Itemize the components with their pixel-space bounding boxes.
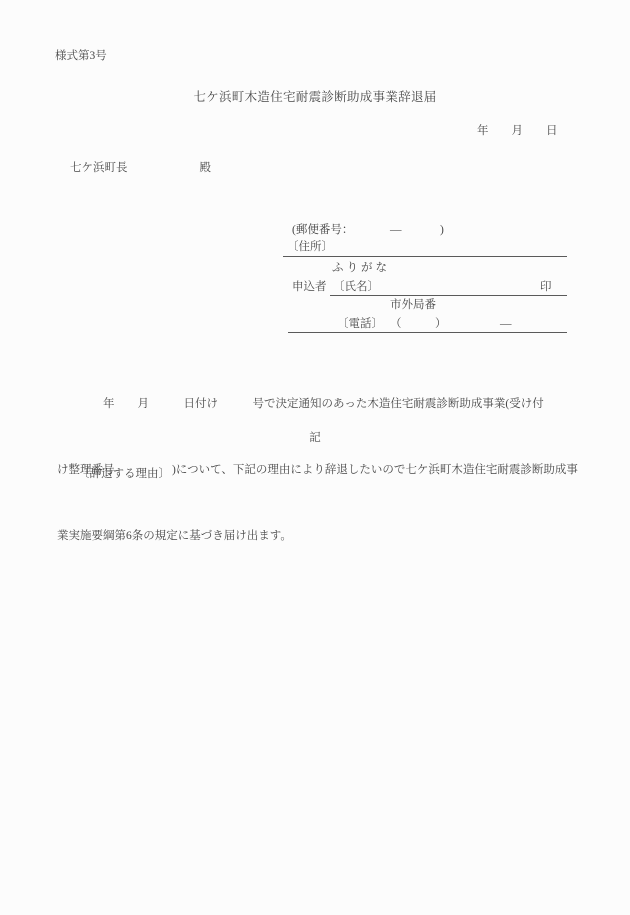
name-label: 〔氏名〕 <box>333 281 379 295</box>
ki-heading: 記 <box>0 432 630 446</box>
addressee-line: 七ケ浜町長 殿 <box>70 162 211 176</box>
phone-underline <box>288 332 567 333</box>
addressee-honorific: 殿 <box>200 162 212 176</box>
document-title: 七ケ浜町木造住宅耐震診断助成事業辞退届 <box>0 90 630 105</box>
phone-dash: — <box>500 318 512 332</box>
area-code-label: 市外局番 <box>390 299 436 313</box>
name-underline <box>330 295 567 296</box>
postal-code-label: (郵便番号： <box>292 224 353 238</box>
date-line: 年 月 日 <box>477 125 558 139</box>
body-line-1: 年 月 日付け 号で決定通知のあった木造住宅耐震診断助成事業(受け付 <box>57 393 578 415</box>
phone-open-paren: （ <box>390 318 402 332</box>
postal-code-dash: — <box>390 224 402 238</box>
phone-label: 〔電話〕 <box>337 318 383 332</box>
applicant-label: 申込者 <box>292 281 327 295</box>
addressee-name: 七ケ浜町長 <box>70 162 128 176</box>
form-number: 様式第3号 <box>55 50 107 64</box>
withdrawal-reason-label: 〔辞退する理由〕 <box>78 468 170 482</box>
phone-close-paren: ） <box>435 318 447 332</box>
postal-code-close-paren: ) <box>440 224 444 238</box>
seal-label: 印 <box>540 281 552 295</box>
furigana-label: ふりがな <box>332 262 390 276</box>
document-page: 様式第3号 七ケ浜町木造住宅耐震診断助成事業辞退届 年 月 日 七ケ浜町長 殿 … <box>0 0 630 915</box>
body-line-3: 業実施要綱第6条の規定に基づき届け出ます。 <box>57 525 578 547</box>
address-label: 〔住所〕 <box>287 241 333 255</box>
address-underline <box>283 256 567 257</box>
